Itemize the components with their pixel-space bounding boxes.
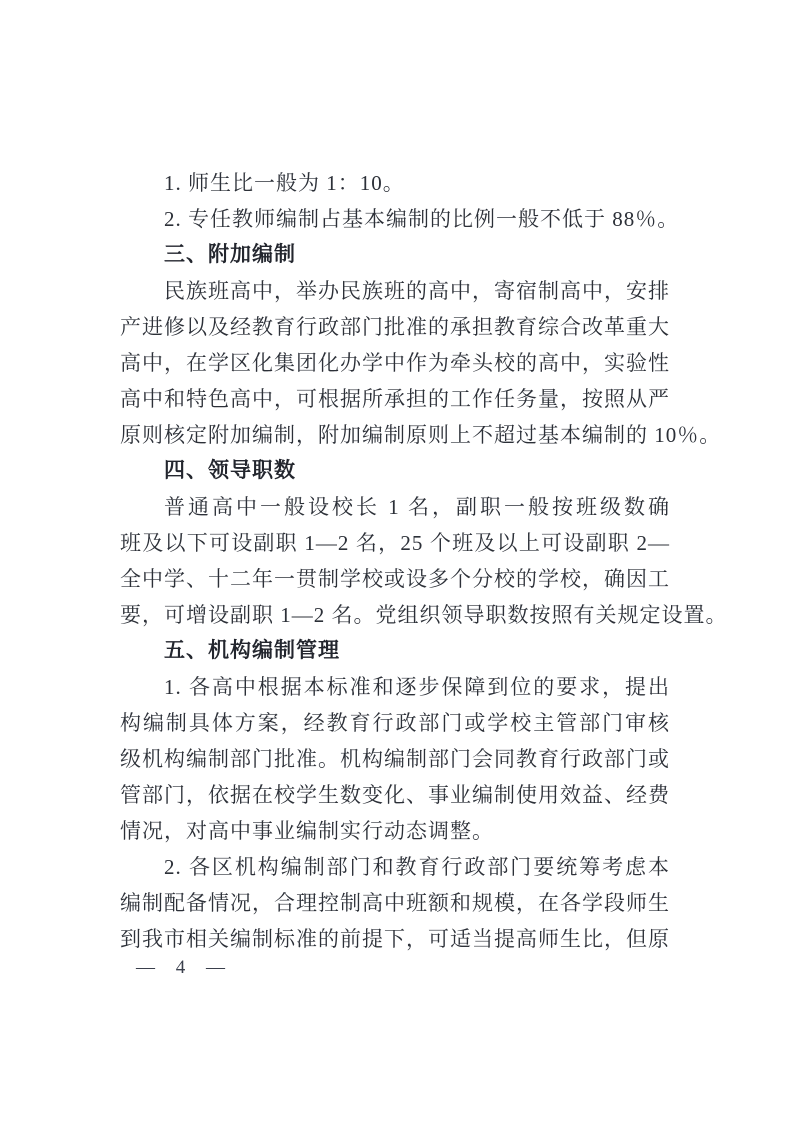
- text-line: 高中，在学区化集团化办学中作为牵头校的高中，实验性示范性: [120, 345, 670, 381]
- text-line: 管部门，依据在校学生数变化、事业编制使用效益、经费保障等: [120, 777, 670, 813]
- section-heading: 五、机构编制管理: [120, 633, 670, 669]
- text-line: 级机构编制部门批准。机构编制部门会同教育行政部门或学校主: [120, 741, 670, 777]
- text-line: 全中学、十二年一贯制学校或设多个分校的学校，确因工作需: [120, 561, 670, 597]
- text-line: 编制配备情况，合理控制高中班额和规模，在各学段师生比均达: [120, 885, 670, 921]
- section-heading: 三、附加编制: [120, 237, 670, 273]
- text-line: 2. 专任教师编制占基本编制的比例一般不低于 88％。: [120, 201, 670, 237]
- document-page: 1. 师生比一般为 1：10。 2. 专任教师编制占基本编制的比例一般不低于 8…: [0, 0, 793, 1121]
- page-number: — 4 —: [136, 950, 228, 986]
- text-line: 普通高中一般设校长 1 名，副职一般按班级数确定，24 个: [120, 489, 670, 525]
- section-heading: 四、领导职数: [120, 453, 670, 489]
- text-line: 1. 师生比一般为 1：10。: [120, 165, 670, 201]
- document-body: 1. 师生比一般为 1：10。 2. 专任教师编制占基本编制的比例一般不低于 8…: [120, 165, 670, 957]
- text-line: 原则核定附加编制，附加编制原则上不超过基本编制的 10％。: [120, 417, 670, 453]
- text-line: 民族班高中，举办民族班的高中，寄宿制高中，安排教师脱: [120, 273, 670, 309]
- text-line: 情况，对高中事业编制实行动态调整。: [120, 813, 670, 849]
- text-line: 班及以下可设副职 1—2 名，25 个班及以上可设副职 2—3 名。完: [120, 525, 670, 561]
- text-line: 1. 各高中根据本标准和逐步保障到位的要求，提出本校机: [120, 669, 670, 705]
- text-line: 要，可增设副职 1—2 名。党组织领导职数按照有关规定设置。: [120, 597, 670, 633]
- text-line: 构编制具体方案，经教育行政部门或学校主管部门审核后，报同: [120, 705, 670, 741]
- text-line: 高中和特色高中，可根据所承担的工作任务量，按照从严从紧的: [120, 381, 670, 417]
- text-line: 2. 各区机构编制部门和教育行政部门要统筹考虑本区教育: [120, 849, 670, 885]
- text-line: 产进修以及经教育行政部门批准的承担教育综合改革重大任务的: [120, 309, 670, 345]
